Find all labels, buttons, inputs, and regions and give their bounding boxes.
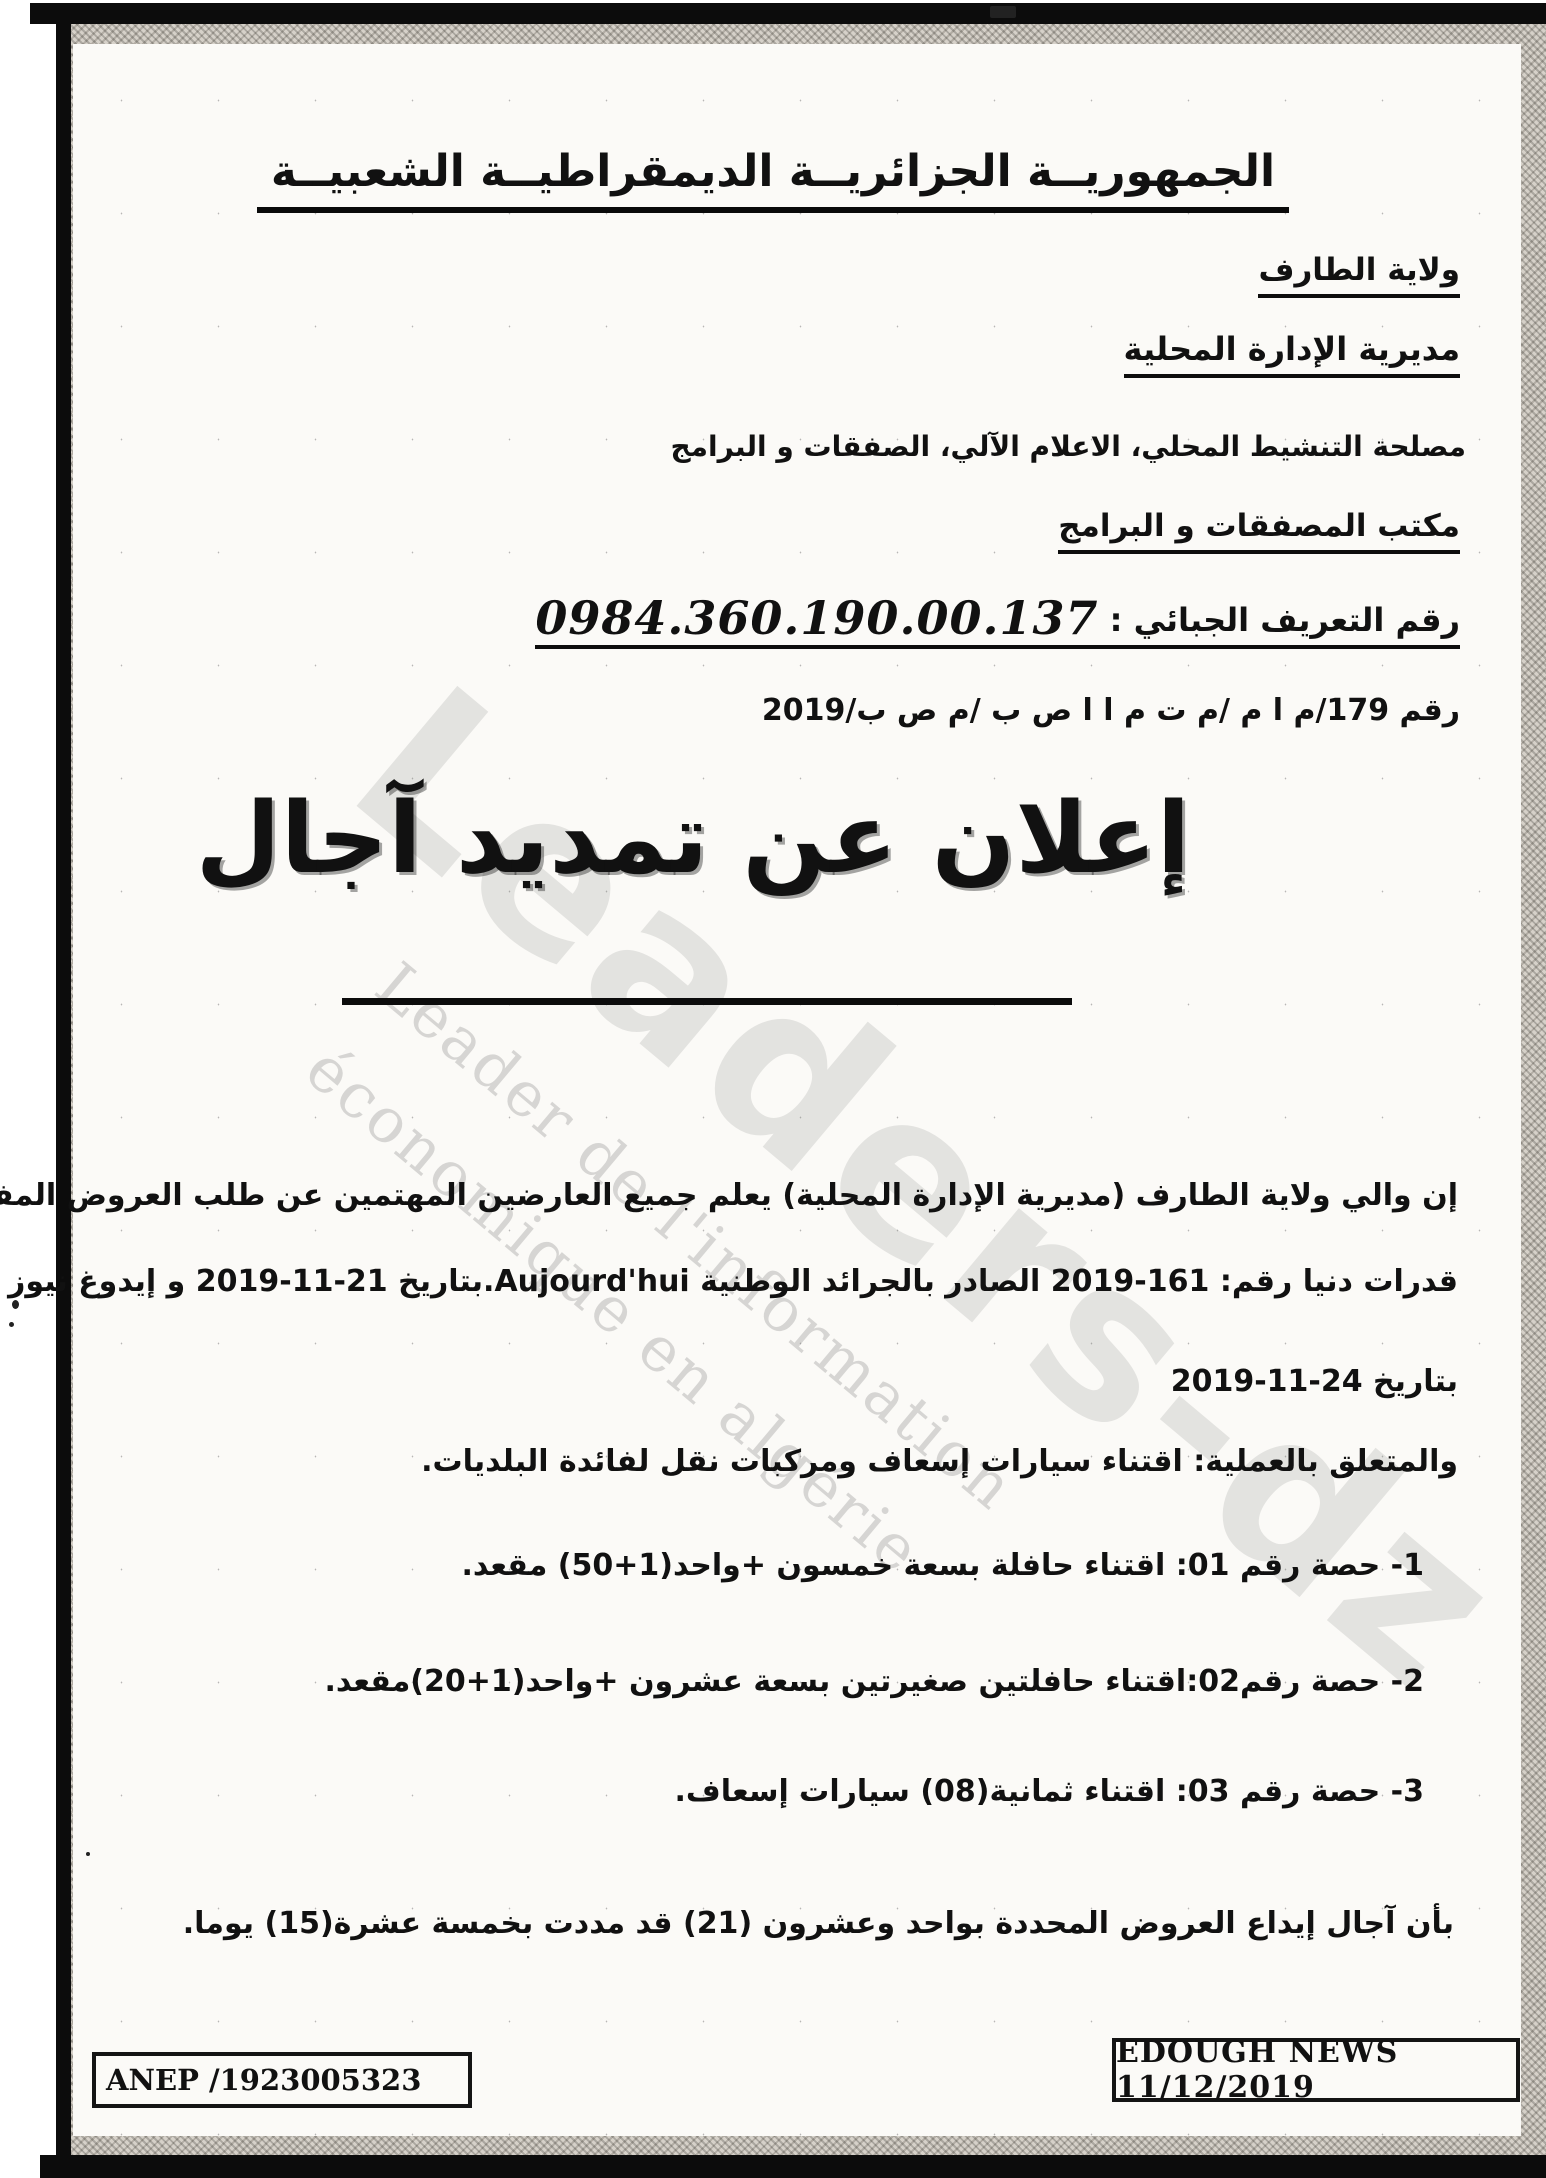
wilaya-line: ولاية الطارف <box>1258 252 1460 288</box>
document-content: الجمهوريــة الجزائريــة الديمقراطيــة ال… <box>0 0 1546 2178</box>
operation-line: والمتعلق بالعملية: اقتناء سيارات إسعاف و… <box>421 1444 1458 1479</box>
anep-reference-box: ANEP /1923005323 <box>92 2052 472 2108</box>
lot-item-3: 3- حصة رقم 03: اقتناء ثمانية(08) سيارات … <box>675 1774 1425 1809</box>
republic-heading: الجمهوريــة الجزائريــة الديمقراطيــة ال… <box>0 146 1546 213</box>
office-line: مكتب المصفقات و البرامج <box>1058 508 1460 544</box>
directorate-line: مديرية الإدارة المحلية <box>1124 330 1460 368</box>
lot-item-2: 2- حصة رقم02:اقتناء حافلتين صغيرتين بسعة… <box>324 1664 1424 1699</box>
tax-id-line: رقم التعريف الجبائي : 0984.360.190.00.13… <box>535 588 1460 642</box>
republic-heading-text: الجمهوريــة الجزائريــة الديمقراطيــة ال… <box>257 146 1289 213</box>
intro-line-2: قدرات دنيا رقم: 161-2019 الصادر بالجرائد… <box>8 1264 1458 1299</box>
scanned-announcement-page: { "page": { "header": { "republic_title"… <box>0 0 1546 2178</box>
reference-number-line: رقم 179/م ا م /م ت م ا ا ص ب /م ص ب/2019 <box>762 693 1460 728</box>
intro-line-3: بتاريخ 24-11-2019 <box>1171 1364 1458 1399</box>
service-line: مصلحة التنشيط المحلي، الاعلام الآلي، الص… <box>671 430 1467 463</box>
announcement-title-underline <box>342 998 1072 1005</box>
lot-item-1: 1- حصة رقم 01: اقتناء حافلة بسعة خمسون +… <box>461 1548 1424 1583</box>
closing-line: بأن آجال إيداع العروض المحددة بواحد وعشر… <box>183 1906 1454 1941</box>
tax-id-value: 0984.360.190.00.137 <box>535 591 1098 645</box>
intro-line-1: إن والي ولاية الطارف (مديرية الإدارة الم… <box>0 1178 1458 1213</box>
newspaper-stamp-box: EDOUGH NEWS 11/12/2019 <box>1112 2038 1520 2102</box>
tax-id-label: رقم التعريف الجبائي : <box>1110 601 1460 639</box>
tax-id-underline-wrap: رقم التعريف الجبائي : 0984.360.190.00.13… <box>535 601 1460 649</box>
announcement-title: إعلان عن تمديد آجال <box>0 782 1466 896</box>
